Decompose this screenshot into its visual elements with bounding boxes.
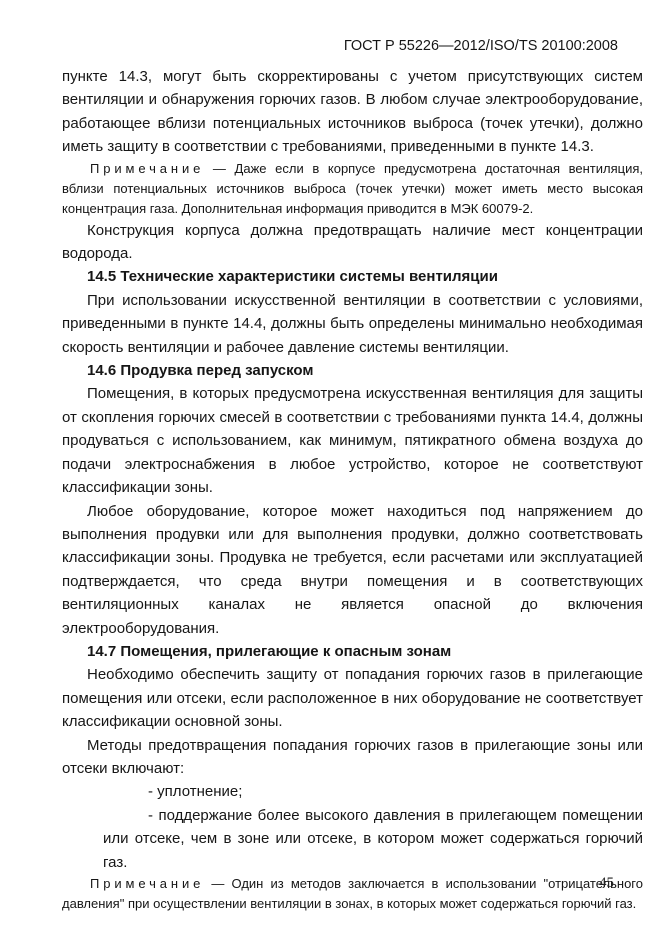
heading-14-5: 14.5 Технические характеристики системы … bbox=[62, 265, 643, 288]
heading-14-7: 14.7 Помещения, прилегающие к опасным зо… bbox=[62, 640, 643, 663]
note-2-label: Примечание bbox=[90, 876, 204, 891]
paragraph-prevention-methods: Методы предотвращения попадания горючих … bbox=[62, 734, 643, 781]
paragraph-ventilation-characteristics: При использовании искусственной вентиляц… bbox=[62, 289, 643, 359]
note-1-label: Примечание bbox=[90, 161, 204, 176]
paragraph-energized-equipment: Любое оборудование, которое может находи… bbox=[62, 500, 643, 640]
note-1: Примечание — Даже если в корпусе предусм… bbox=[62, 159, 643, 219]
heading-14-6: 14.6 Продувка перед запуском bbox=[62, 359, 643, 382]
paragraph-purge-requirements: Помещения, в которых предусмотрена искус… bbox=[62, 382, 643, 499]
page-number: 45 bbox=[599, 875, 614, 892]
bullet-sealing: - уплотнение; bbox=[103, 780, 643, 803]
bullet-pressure: - поддержание более высокого давления в … bbox=[103, 804, 643, 874]
paragraph-adjacent-protection: Необходимо обеспечить защиту от попадани… bbox=[62, 663, 643, 733]
paragraph-enclosure-design: Конструкция корпуса должна предотвращать… bbox=[62, 219, 643, 266]
document-code: ГОСТ Р 55226—2012/ISO/TS 20100:2008 bbox=[344, 38, 618, 54]
document-page: ГОСТ Р 55226—2012/ISO/TS 20100:2008 пунк… bbox=[0, 0, 661, 935]
note-2: Примечание — Один из методов заключается… bbox=[62, 874, 643, 914]
page-header: ГОСТ Р 55226—2012/ISO/TS 20100:2008 bbox=[62, 38, 643, 55]
paragraph-intro-continuation: пункте 14.3, могут быть скорректированы … bbox=[62, 65, 643, 159]
document-body: пункте 14.3, могут быть скорректированы … bbox=[62, 65, 643, 914]
